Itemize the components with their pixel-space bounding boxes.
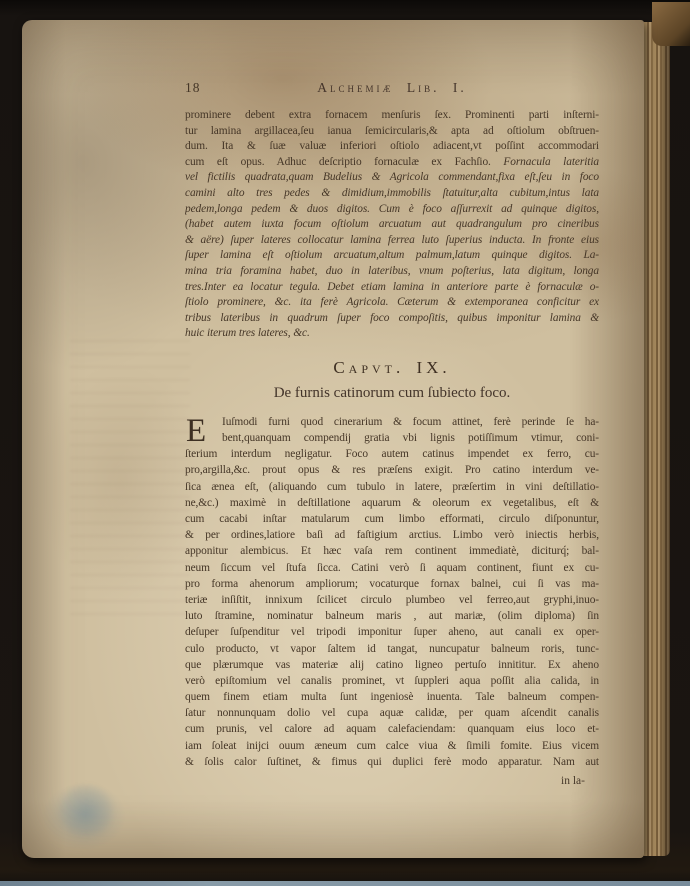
chapter-subtitle: De furnis catinorum cum ſubiecto foco. bbox=[185, 380, 599, 406]
roman-text: pro,argilla,&c. prout opus & res præſens… bbox=[185, 464, 599, 476]
roman-text: que plærumque vas materiæ alij catino li… bbox=[185, 659, 599, 671]
roman-text: ne,&c.) maximè in deſtillatione aquarum … bbox=[185, 497, 599, 509]
italic-text: Fornacula lateritia bbox=[503, 156, 599, 168]
italic-text: tres.Inter ea locatur tegula. Debet etia… bbox=[185, 281, 599, 293]
text-line: prominere debent extra fornacem menſuris… bbox=[185, 108, 599, 124]
text-line: tribus lateribus in quadrum ſuper foco c… bbox=[185, 311, 599, 327]
text-line: ſuper lamina eſt oſtiolum arcuatum,altum… bbox=[185, 248, 599, 264]
chapter-heading: Capvt. IX. bbox=[185, 356, 599, 380]
text-line: cum eſt opus. Adhuc deſcriptio fornaculæ… bbox=[185, 155, 599, 171]
roman-text: apponitur alembicus. Et hæc vaſa rem con… bbox=[185, 545, 599, 557]
text-line: ſica ænea eſt, (aliquando cum tubulo in … bbox=[185, 479, 599, 495]
roman-text: deſuper ſuſpenditur vel tripodi imponitu… bbox=[185, 626, 599, 638]
roman-text: teriæ inſiſtit, innixum ſcilicet circulo… bbox=[185, 594, 599, 606]
text-line: ſtiolo prominere, &c. ita ferè Agricola.… bbox=[185, 295, 599, 311]
roman-text: bent,quanquam compendij gratia vbi ligni… bbox=[222, 432, 599, 444]
text-line: ſterium interdum negligatur. Foco autem … bbox=[185, 446, 599, 462]
text-line: & ſolis calor ſuſtinet, & fimus qui dupl… bbox=[185, 754, 599, 770]
page-stack-edge bbox=[640, 22, 670, 856]
drop-cap: E bbox=[186, 416, 206, 446]
text-line: dum. Ita & ſuæ valuæ inferiori oſtiolo a… bbox=[185, 139, 599, 155]
text-line: apponitur alembicus. Et hæc vaſa rem con… bbox=[185, 543, 599, 559]
text-line: tres.Inter ea locatur tegula. Debet etia… bbox=[185, 280, 599, 296]
text-line: pro forma ahenorum ampliorum; vocaturque… bbox=[185, 576, 599, 592]
text-line: luto ſtramine, nominatur balneum maris ,… bbox=[185, 608, 599, 624]
roman-text: Iuſmodi furni quod cinerarium & focum at… bbox=[222, 416, 599, 428]
roman-text: pro forma ahenorum ampliorum; vocaturque… bbox=[185, 578, 599, 590]
italic-text: camini alto tres pedes & dimidium,immobi… bbox=[185, 187, 599, 199]
text-line: Iuſmodi furni quod cinerarium & focum at… bbox=[185, 414, 599, 430]
roman-text: neum ſiccum vel ſtufa ſicca. Catini verò… bbox=[185, 562, 599, 574]
text-line: huic iterum tres lateres, &c. bbox=[185, 326, 599, 342]
text-line: camini alto tres pedes & dimidium,immobi… bbox=[185, 186, 599, 202]
roman-text: & ſolis calor ſuſtinet, & fimus qui dupl… bbox=[185, 756, 599, 768]
roman-text: luto ſtramine, nominatur balneum maris ,… bbox=[185, 610, 599, 622]
scan-artifact-strip bbox=[0, 881, 690, 886]
roman-text: & per ordines,latiore baſi ad faſtigium … bbox=[185, 529, 599, 541]
paragraph-fornacula: prominere debent extra fornacem menſuris… bbox=[185, 108, 599, 342]
roman-text: cum prunis, vel calore ad aquam calefaci… bbox=[185, 723, 599, 735]
italic-text: pedem,longa pedem & duos digitos. Cum è … bbox=[185, 203, 599, 215]
text-line: quem finem etiam multa ſunt ingeniosè in… bbox=[185, 689, 599, 705]
roman-text: culo producto, vt vapor ſaltem id tangat… bbox=[185, 643, 599, 655]
text-line: verò epiſtomium vel canalis prominet, vt… bbox=[185, 673, 599, 689]
paragraph-de-furnis: E Iuſmodi furni quod cinerarium & focum … bbox=[185, 414, 599, 770]
italic-text: ſtiolo prominere, &c. ita ferè Agricola.… bbox=[185, 296, 599, 308]
text-line: & aëre) ſuper lateres collocatur lamina … bbox=[185, 233, 599, 249]
text-line: ne,&c.) maximè in deſtillatione aquarum … bbox=[185, 495, 599, 511]
roman-text: prominere debent extra fornacem menſuris… bbox=[185, 109, 599, 121]
italic-text: & aëre) ſuper lateres collocatur lamina … bbox=[185, 234, 599, 246]
italic-text: huic iterum tres lateres, &c. bbox=[185, 327, 310, 339]
text-line: que plærumque vas materiæ alij catino li… bbox=[185, 657, 599, 673]
text-line: & per ordines,latiore baſi ad faſtigium … bbox=[185, 527, 599, 543]
page-number: 18 bbox=[185, 80, 201, 96]
text-line: tur lamina argillacea,ſeu ianua ſemicirc… bbox=[185, 124, 599, 140]
text-line: bent,quanquam compendij gratia vbi ligni… bbox=[185, 430, 599, 446]
text-line: pedem,longa pedem & duos digitos. Cum è … bbox=[185, 202, 599, 218]
text-line: pro,argilla,&c. prout opus & res præſens… bbox=[185, 462, 599, 478]
italic-text: ſuper lamina eſt oſtiolum arcuatum,altum… bbox=[185, 249, 599, 261]
roman-text: tur lamina argillacea,ſeu ianua ſemicirc… bbox=[185, 125, 599, 137]
text-line: mina tria foramina habet, duo in laterib… bbox=[185, 264, 599, 280]
catchword: in la- bbox=[185, 775, 599, 787]
italic-text: (habet autem iuxta focum oſtiolum arcuat… bbox=[185, 218, 599, 230]
italic-text: mina tria foramina habet, duo in laterib… bbox=[185, 265, 599, 277]
roman-text: cum eſt opus. Adhuc deſcriptio fornaculæ… bbox=[185, 156, 503, 168]
italic-text: tribus lateribus in quadrum ſuper foco c… bbox=[185, 312, 599, 324]
text-line: cum prunis, vel calore ad aquam calefaci… bbox=[185, 721, 599, 737]
roman-text: cum cacabi inſtar matularum cum limbo ef… bbox=[185, 513, 599, 525]
roman-text: iam ſoleat inijci ouum æneum cum calce v… bbox=[185, 740, 599, 752]
text-line: iam ſoleat inijci ouum æneum cum calce v… bbox=[185, 738, 599, 754]
text-line: teriæ inſiſtit, innixum ſcilicet circulo… bbox=[185, 592, 599, 608]
italic-text: vel fictilis quadrata,quam Budelius & Ag… bbox=[185, 171, 599, 183]
book-corner bbox=[652, 2, 690, 46]
roman-text: quem finem etiam multa ſunt ingeniosè in… bbox=[185, 691, 599, 703]
book-page: 18 Alchemiæ Lib. I. prominere debent ext… bbox=[22, 20, 644, 858]
roman-text: ſica ænea eſt, (aliquando cum tubulo in … bbox=[185, 481, 599, 493]
text-line: neum ſiccum vel ſtufa ſicca. Catini verò… bbox=[185, 560, 599, 576]
text-line: culo producto, vt vapor ſaltem id tangat… bbox=[185, 641, 599, 657]
roman-text: ſterium interdum negligatur. Foco autem … bbox=[185, 448, 599, 460]
text-line: vel fictilis quadrata,quam Budelius & Ag… bbox=[185, 170, 599, 186]
running-header: 18 Alchemiæ Lib. I. bbox=[185, 80, 599, 97]
text-line: deſuper ſuſpenditur vel tripodi imponitu… bbox=[185, 624, 599, 640]
stamp-smudge bbox=[58, 784, 114, 838]
text-line: (habet autem iuxta focum oſtiolum arcuat… bbox=[185, 217, 599, 233]
text-line: ſatur nonnunquam dolio vel cupa aquæ cal… bbox=[185, 705, 599, 721]
ink-showthrough bbox=[70, 340, 190, 620]
roman-text: verò epiſtomium vel canalis prominet, vt… bbox=[185, 675, 599, 687]
running-title: Alchemiæ Lib. I. bbox=[185, 80, 599, 96]
text-line: cum cacabi inſtar matularum cum limbo ef… bbox=[185, 511, 599, 527]
roman-text: dum. Ita & ſuæ valuæ inferiori oſtiolo a… bbox=[185, 140, 599, 152]
text-block: 18 Alchemiæ Lib. I. prominere debent ext… bbox=[185, 80, 599, 787]
book-scan: 18 Alchemiæ Lib. I. prominere debent ext… bbox=[0, 0, 690, 886]
roman-text: ſatur nonnunquam dolio vel cupa aquæ cal… bbox=[185, 707, 599, 719]
paragraph-lines: Iuſmodi furni quod cinerarium & focum at… bbox=[185, 414, 599, 770]
